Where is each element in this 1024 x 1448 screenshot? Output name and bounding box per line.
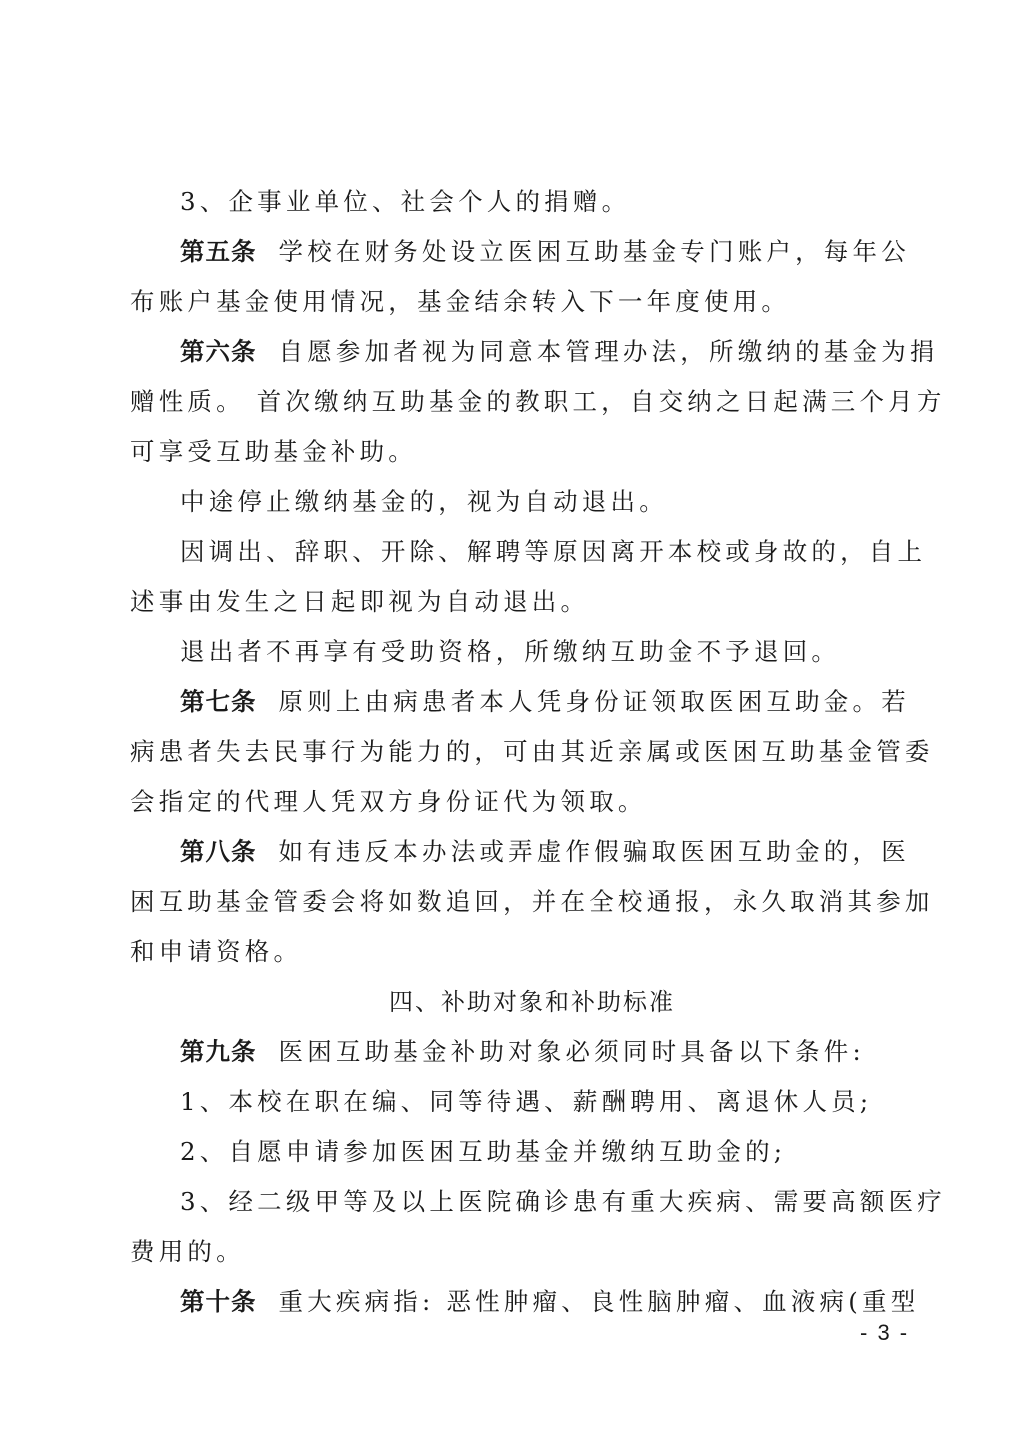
line-text: 3、经二级甲等及以上医院确诊患有重大疾病、需要高额医疗: [180, 1187, 946, 1216]
paragraph-line: 3、经二级甲等及以上医院确诊患有重大疾病、需要高额医疗: [180, 1187, 946, 1217]
line-text: 布账户基金使用情况，基金结余转入下一年度使用。: [130, 287, 790, 316]
article-number: 第五条: [180, 237, 257, 266]
line-text: 述事由发生之日起即视为自动退出。: [130, 587, 589, 616]
line-text: 费用的。: [130, 1237, 245, 1266]
paragraph-line: 因调出、辞职、开除、解聘等原因离开本校或身故的，自上: [180, 537, 926, 567]
paragraph-line: 退出者不再享有受助资格，所缴纳互助金不予退回。: [180, 637, 840, 667]
article-paragraph-line: 第十条重大疾病指: 恶性肿瘤、良性脑肿瘤、血液病(重型: [180, 1287, 919, 1317]
paragraph-line: 赠性质。 首次缴纳互助基金的教职工，自交纳之日起满三个月方: [130, 387, 946, 417]
article-paragraph-line: 第五条学校在财务处设立医困互助基金专门账户，每年公: [180, 237, 910, 267]
line-text: 3、企事业单位、社会个人的捐赠。: [180, 187, 630, 216]
line-text: 如有违反本办法或弄虚作假骗取医困互助金的，医: [279, 837, 910, 866]
article-number: 第八条: [180, 837, 257, 866]
article-paragraph-line: 第九条医困互助基金补助对象必须同时具备以下条件:: [180, 1037, 865, 1067]
line-text: 1、本校在职在编、同等待遇、薪酬聘用、离退休人员;: [180, 1087, 872, 1116]
paragraph-line: 会指定的代理人凭双方身份证代为领取。: [130, 787, 647, 817]
article-number: 第九条: [180, 1037, 257, 1066]
paragraph-line: 费用的。: [130, 1237, 245, 1267]
document-page: 3、企事业单位、社会个人的捐赠。第五条学校在财务处设立医困互助基金专门账户，每年…: [0, 0, 1024, 1448]
paragraph-line: 困互助基金管委会将如数追回，并在全校通报，永久取消其参加: [130, 887, 934, 917]
line-text: 自愿参加者视为同意本管理办法，所缴纳的基金为捐: [279, 337, 939, 366]
paragraph-line: 布账户基金使用情况，基金结余转入下一年度使用。: [130, 287, 790, 317]
line-text: 和申请资格。: [130, 937, 302, 966]
paragraph-line: 中途停止缴纳基金的，视为自动退出。: [180, 487, 668, 517]
line-text: 2、自愿申请参加医困互助基金并缴纳互助金的;: [180, 1137, 786, 1166]
line-text: 医困互助基金补助对象必须同时具备以下条件:: [279, 1037, 865, 1066]
article-number: 第七条: [180, 687, 257, 716]
line-text: 学校在财务处设立医困互助基金专门账户，每年公: [279, 237, 910, 266]
section-heading: 四、补助对象和补助标准: [0, 987, 1024, 1017]
article-number: 第十条: [180, 1287, 257, 1316]
line-text: 可享受互助基金补助。: [130, 437, 417, 466]
line-text: 会指定的代理人凭双方身份证代为领取。: [130, 787, 647, 816]
article-paragraph-line: 第七条原则上由病患者本人凭身份证领取医困互助金。若: [180, 687, 910, 717]
line-text: 赠性质。 首次缴纳互助基金的教职工，自交纳之日起满三个月方: [130, 387, 946, 416]
line-text: 原则上由病患者本人凭身份证领取医困互助金。若: [279, 687, 910, 716]
paragraph-line: 可享受互助基金补助。: [130, 437, 417, 467]
line-text: 退出者不再享有受助资格，所缴纳互助金不予退回。: [180, 637, 840, 666]
article-paragraph-line: 第八条如有违反本办法或弄虚作假骗取医困互助金的，医: [180, 837, 910, 867]
paragraph-line: 和申请资格。: [130, 937, 302, 967]
paragraph-line: 1、本校在职在编、同等待遇、薪酬聘用、离退休人员;: [180, 1087, 872, 1117]
line-text: 因调出、辞职、开除、解聘等原因离开本校或身故的，自上: [180, 537, 926, 566]
article-paragraph-line: 第六条自愿参加者视为同意本管理办法，所缴纳的基金为捐: [180, 337, 939, 367]
line-text: 困互助基金管委会将如数追回，并在全校通报，永久取消其参加: [130, 887, 934, 916]
line-text: 中途停止缴纳基金的，视为自动退出。: [180, 487, 668, 516]
line-text: 病患者失去民事行为能力的，可由其近亲属或医困互助基金管委: [130, 737, 934, 766]
line-text: 重大疾病指: 恶性肿瘤、良性脑肿瘤、血液病(重型: [279, 1287, 920, 1316]
paragraph-line: 病患者失去民事行为能力的，可由其近亲属或医困互助基金管委: [130, 737, 934, 767]
paragraph-line: 述事由发生之日起即视为自动退出。: [130, 587, 589, 617]
article-number: 第六条: [180, 337, 257, 366]
paragraph-line: 2、自愿申请参加医困互助基金并缴纳互助金的;: [180, 1137, 786, 1167]
paragraph-line: 3、企事业单位、社会个人的捐赠。: [180, 187, 630, 217]
page-number: - 3 -: [860, 1320, 909, 1346]
